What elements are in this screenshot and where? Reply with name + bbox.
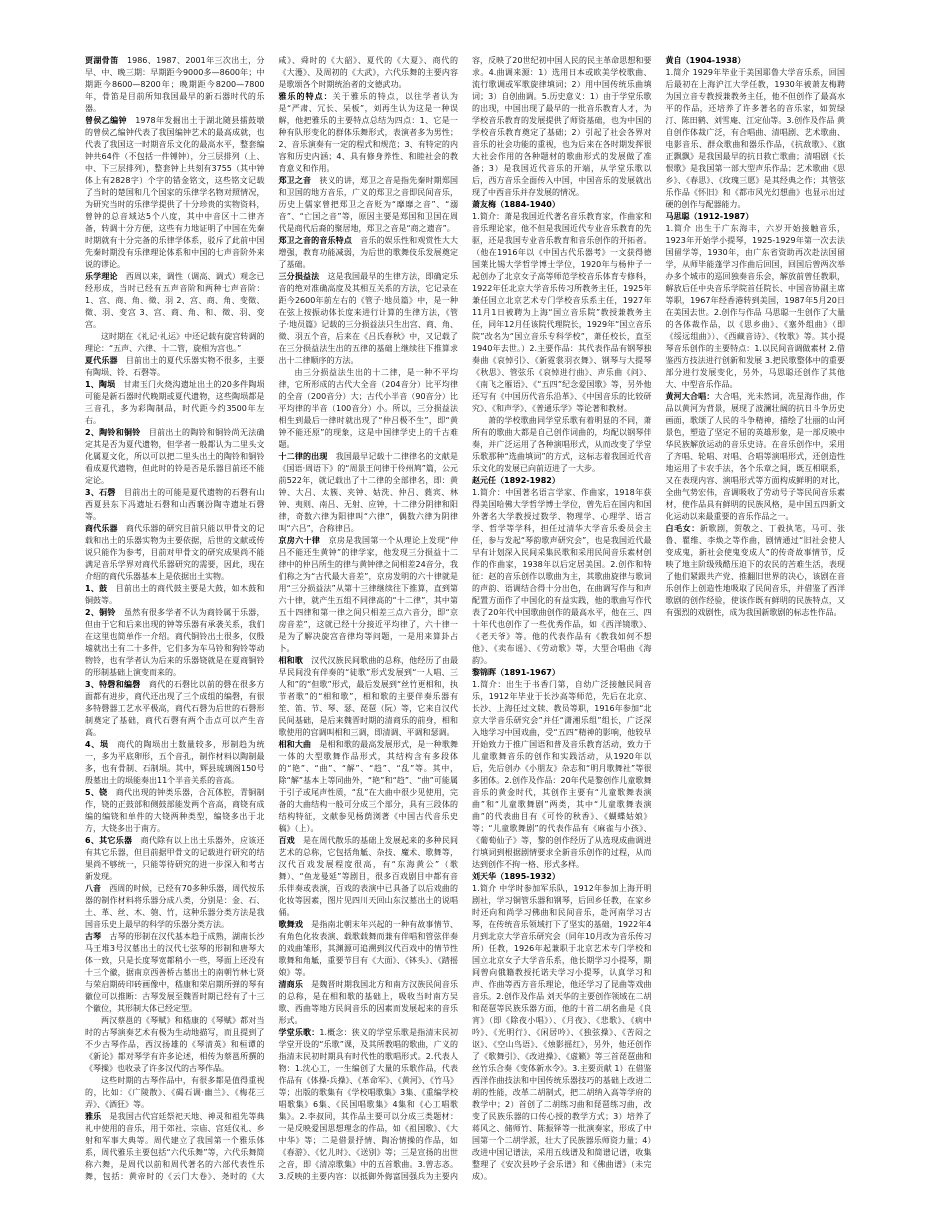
note-entry-term: 八音 xyxy=(85,884,101,893)
note-entry-term: 赵元任（1892-1982） xyxy=(472,475,652,487)
note-entry: 黄自（1904-1938）1.简介 1929年毕业于美国耶鲁大学音乐系，回国后最… xyxy=(666,55,846,211)
note-entry: 郑卫之音 狭义的讲，郑卫之音是指先秦时期郑国和卫国的地方音乐，广义的郑卫之音即民… xyxy=(279,175,459,235)
note-entry-term: 马思聪（1912-1987） xyxy=(666,211,846,223)
note-entry: 由三分损益法生出的十二律，是一种不平均律，它所形成的古代大全音（204音分）比平… xyxy=(279,367,459,451)
note-entry-term: 3、石磬 xyxy=(85,488,116,497)
note-entry-term: 萧友梅（1884-1940） xyxy=(472,199,652,211)
note-entry-term: 夏代乐器 xyxy=(85,356,118,365)
note-entry: 3、特磬和编磬 商代的石磬比以前的磬在很多方面都有进步，商代还出现了三个成组的编… xyxy=(85,679,265,739)
note-entry: 马思聪（1912-1987）1.简介 出生于广东海丰，六岁开始接触音乐，1923… xyxy=(666,211,846,391)
note-entry-term: 6、其它乐器 xyxy=(85,836,132,845)
note-entry-text: 1978年发掘出土于湖北随县擂鼓墩的曾侯乙编钟代表了我国编钟艺术的最高成就，也代… xyxy=(85,116,265,269)
note-entry-text: 两汉蔡邕的《琴赋》和嵇康的《琴赋》都对当时的古琴演奏艺术有极为生动地描写，而且提… xyxy=(85,1016,265,1073)
note-entry-text: 1.简介 1929年毕业于美国耶鲁大学音乐系，回国后最初在上海沪江大学任教，19… xyxy=(666,68,846,209)
study-notes-page: 贾湖骨笛 1986、1987、2001年三次出土，分早、中、晚三期：早期距今90… xyxy=(0,0,945,1223)
note-entry: 乐学理论 西周以来，调性（调高、调式）观念已经形成，当时已经有五声音阶和两种七声… xyxy=(85,271,265,331)
note-entry: 萧友梅（1884-1940）1.简介：萧是我国近代著名音乐教育家，作曲家和音乐理… xyxy=(472,199,652,415)
note-entry: 商代乐器 商代乐器的研究目前只能以甲骨文的记载和出土的乐器实物为主要依据，后世的… xyxy=(85,523,265,583)
note-entry-term: 雅乐的特点： xyxy=(279,92,333,101)
note-entry-term: 商代乐器 xyxy=(85,524,118,533)
note-entry: 2、铜铃 虽然有很多学者不认为商铃属于乐器，但由于它和后来出现的钟等乐器有承袭关… xyxy=(85,607,265,679)
note-entry-text: 汉代汉族民间歌曲的总称，他经历了由最早民间没有伴奏的“徒歌”形式发展到“一人唱、… xyxy=(279,656,459,737)
note-entry-term: 2、陶铃和铜铃 xyxy=(85,428,141,437)
note-entry-text: 是魏晋时期我国北方和南方汉族民间音乐的总称，是在相和歌的基础上，吸收当时南方吴歌… xyxy=(279,980,459,1025)
note-entry: 这些时期的古琴作品中，有很多都是值得重视的，比如：《广陵散》、《碣石调·幽兰》、… xyxy=(85,1075,265,1111)
note-entry-text: 是在周代散乐的基础上发展起来的多种民间艺术的总称，它包括角觝、杂技、魔术、歌舞等… xyxy=(279,836,459,917)
note-entry: 萧的学校歌曲同学堂乐歌有着明显的不同，萧所有的歌曲大都是自己创作词曲的，均配以钢… xyxy=(472,415,652,475)
note-entry: 十二律的出现 我国最早记载十二律律名的文献是《国语·周语下》的“周景王问律于伶州… xyxy=(279,451,459,535)
note-entry-text: 这时期在《礼记·礼运》中还记载有旋宫转调的理论：“五声、六律、十二管，旋相为宫也… xyxy=(85,332,265,353)
note-entry: 1、陶埙 甘肃玉门火烧沟遗址出土的20多件陶埙可能是新石器时代晚期或夏代遗物，这… xyxy=(85,379,265,427)
note-entry: 百戏 是在周代散乐的基础上发展起来的多种民间艺术的总称，它包括角觝、杂技、魔术、… xyxy=(279,835,459,919)
note-entry-term: 歌舞戏 xyxy=(279,920,304,929)
note-entry-term: 3、特磬和编磬 xyxy=(85,680,141,689)
note-entry: 4、埙 商代的陶埙出土数量较多，形制趋为统一，多为平底卵形，五个音孔，制作材料以… xyxy=(85,739,265,787)
note-entry-term: 百戏 xyxy=(279,836,295,845)
note-entry-term: 4、埙 xyxy=(85,740,109,749)
note-entry: 刘天华（1895-1932）1.简介 中学时参加军乐队，1912年参加上海开明剧… xyxy=(472,871,652,1183)
note-entry-text: 新歌剧，贺敬之、丁毅执笔，马可、张鲁、瞿维、李焕之等作曲，剧情通过“旧社会使人变… xyxy=(666,524,846,617)
note-entry: 赵元任（1892-1982）1.简介：中国著名语言学家、作曲家，1918年获得美… xyxy=(472,475,652,667)
note-entry-term: 2、铜铃 xyxy=(85,608,116,617)
note-entry-term: 曾侯乙编钟 xyxy=(85,116,127,125)
note-entry: 黄河大合唱：大合唱，光未然词，冼星海作曲，作品以黄河为背景，展现了波澜壮阔的抗日… xyxy=(666,391,846,523)
note-entry-term: 学堂乐歌： xyxy=(279,1028,320,1037)
notes-text-columns: 贾湖骨笛 1986、1987、2001年三次出土，分早、中、晚三期：早期距今90… xyxy=(85,55,845,1183)
note-entry: 两汉蔡邕的《琴赋》和嵇康的《琴赋》都对当时的古琴演奏艺术有极为生动地描写，而且提… xyxy=(85,1015,265,1075)
note-entry-text: 是指南北朝末年兴起的一种有故事情节、有角色化妆表演、载歌载舞而兼有伴唱和管弦伴奏… xyxy=(279,920,459,977)
note-entry-text: 虽然有很多学者不认为商铃属于乐器，但由于它和后来出现的钟等乐器有承袭关系，我们在… xyxy=(85,608,265,677)
note-entry-term: 雅乐 xyxy=(85,1112,101,1121)
note-entry-term: 相和歌 xyxy=(279,656,304,665)
note-entry-term: 三分损益法 xyxy=(279,272,320,281)
note-entry-term: 相和大曲 xyxy=(279,740,312,749)
note-entry: 雅乐的特点：关于雅乐的特点，以往学者认为是“严肃、冗长、呆板”，刘再生认为这是一… xyxy=(279,91,459,175)
note-entry-term: 黎锦晖（1891-1967） xyxy=(472,667,652,679)
note-entry-term: 刘天华（1895-1932） xyxy=(472,871,652,883)
note-entry-text: 1.简介：出生于书香门第，自幼广泛接触民间音乐，1912年毕业于长沙高等师范，先… xyxy=(472,680,652,869)
note-entry-text: 是相和歌的最高发展形式，是一种歌舞一体的大型歌舞作品形式，其结构含有多段体的“艳… xyxy=(279,740,459,833)
note-entry: 黎锦晖（1891-1967）1.简介：出生于书香门第，自幼广泛接触民间音乐，19… xyxy=(472,667,652,871)
note-entry-text: 古琴的形制在汉代基本趋于成熟，湖南长沙马王堆3号汉墓出土的汉代七弦琴的形制和唐琴… xyxy=(85,932,265,1013)
note-entry: 曾侯乙编钟 1978年发掘出土于湖北随县擂鼓墩的曾侯乙编钟代表了我国编钟艺术的最… xyxy=(85,115,265,271)
note-entry: 3、石磬 目前出土的可能是夏代遗物的石磬有山西夏县东下冯遗址石磬和山西襄汾陶寺遗… xyxy=(85,487,265,523)
note-entry-text: 京房是我国第一个从理论上发现“仲吕不能还生黄钟”的律学家，他发现三分损益十二律中… xyxy=(279,536,459,653)
note-entry-text: 1.简介 中学时参加军乐队，1912年参加上海开明剧社，学习铜管乐器和钢琴，后回… xyxy=(472,884,652,1181)
note-entry: 贾湖骨笛 1986、1987、2001年三次出土，分早、中、晚三期：早期距今90… xyxy=(85,55,265,115)
note-entry-text: 由三分损益法生出的十二律，是一种不平均律，它所形成的古代大全音（204音分）比平… xyxy=(279,368,459,449)
note-entry-text: 西周的时候，已经有70多种乐器，周代按乐器的制作材料将乐器分成八类，分别是：金、… xyxy=(85,884,265,929)
note-entry-term: 1、陶埙 xyxy=(85,380,115,389)
note-entry-text: 商代的陶埙出土数量较多，形制趋为统一，多为平底卵形，五个音孔，制作材料以陶制最多… xyxy=(85,740,265,785)
note-entry-text: 1.简介：中国著名语言学家、作曲家，1918年获得美国哈佛大学哲学博士学位，曾先… xyxy=(472,488,652,665)
note-entry-term: 白毛女： xyxy=(666,524,700,533)
note-entry-text: 目前出土的商代鼓主要是大鼓，如木鼓和铜鼓等。 xyxy=(85,584,265,605)
note-entry: 1、鼓 目前出土的商代鼓主要是大鼓，如木鼓和铜鼓等。 xyxy=(85,583,265,607)
note-entry-term: 黄自（1904-1938） xyxy=(666,55,846,67)
note-entry-text: 1.简介：萧是我国近代著名音乐教育家，作曲家和音乐理论家，他不但是我国近代专业音… xyxy=(472,212,652,413)
note-entry-text: 我国最早记载十二律律名的文献是《国语·周语下》的“周景王问律于伶州鸠”篇，公元前… xyxy=(279,452,459,533)
note-entry: 白毛女：新歌剧，贺敬之、丁毅执笔，马可、张鲁、瞿维、李焕之等作曲，剧情通过“旧社… xyxy=(666,523,846,619)
note-entry: 八音 西周的时候，已经有70多种乐器，周代按乐器的制作材料将乐器分成八类，分别是… xyxy=(85,883,265,931)
note-entry: 京房六十律 京房是我国第一个从理论上发现“仲吕不能还生黄钟”的律学家，他发现三分… xyxy=(279,535,459,655)
note-entry: 古琴 古琴的形制在汉代基本趋于成熟，湖南长沙马王堆3号汉墓出土的汉代七弦琴的形制… xyxy=(85,931,265,1015)
note-entry: 三分损益法 这是我国最早的生律方法，即确定乐音的绝对准确高度及其相互关系的方法，… xyxy=(279,271,459,367)
note-entry: 这时期在《礼记·礼运》中还记载有旋宫转调的理论：“五声、六律、十二管，旋相为宫也… xyxy=(85,331,265,355)
note-entry-text: 这是我国最早的生律方法，即确定乐音的绝对准确高度及其相互关系的方法，它记录在距今… xyxy=(279,272,459,365)
note-entry-term: 十二律的出现 xyxy=(279,452,328,461)
note-entry-term: 古琴 xyxy=(85,932,101,941)
note-entry-term: 5、铙 xyxy=(85,788,107,797)
note-entry-term: 黄河大合唱： xyxy=(666,392,715,401)
note-entry-term: 郑卫之音 xyxy=(279,176,312,185)
note-entry-text: 萧的学校歌曲同学堂乐歌有着明显的不同，萧所有的歌曲大都是自己创作词曲的，均配以钢… xyxy=(472,416,652,473)
note-entry: 相和歌 汉代汉族民间歌曲的总称，他经历了由最早民间没有伴奏的“徒歌”形式发展到“… xyxy=(279,655,459,739)
note-entry-term: 1、鼓 xyxy=(85,584,107,593)
note-entry: 歌舞戏 是指南北朝末年兴起的一种有故事情节、有角色化妆表演、载歌载舞而兼有伴唱和… xyxy=(279,919,459,979)
note-entry-term: 清商乐 xyxy=(279,980,304,989)
note-entry-term: 乐学理论 xyxy=(85,272,118,281)
note-entry-text: 关于雅乐的特点，以往学者认为是“严肃、冗长、呆板”，刘再生认为这是一种误解，他把… xyxy=(279,92,459,173)
note-entry-text: 商代出现的钟类乐器，合瓦体腔，青铜制作，铙的正鼓部和侧鼓部能发两个音高，商铙有成… xyxy=(85,788,265,833)
note-entry: 相和大曲 是相和歌的最高发展形式，是一种歌舞一体的大型歌舞作品形式，其结构含有多… xyxy=(279,739,459,835)
note-entry-term: 贾湖骨笛 xyxy=(85,56,119,65)
note-entry-text: 1.简介 出生于广东海丰，六岁开始接触音乐，1923年开始学小提琴，1925-1… xyxy=(666,224,846,389)
note-entry-term: 郑卫之音的音乐特点 xyxy=(279,236,353,245)
note-entry-text: 这些时期的古琴作品中，有很多都是值得重视的，比如：《广陵散》、《碣石调·幽兰》、… xyxy=(85,1076,265,1109)
note-entry: 2、陶铃和铜铃 目前出土的陶铃和铜铃尚无法确定其是否为夏代遗物，但学者一般都认为… xyxy=(85,427,265,487)
note-entry: 6、其它乐器 商代除有以上出土乐器外，应该还有其它乐器，但目前据甲骨文的记载进行… xyxy=(85,835,265,883)
note-entry: 郑卫之音的音乐特点 音乐的娱乐性和观赏性大大增强，教育功能减弱，为后世的歌舞伎乐… xyxy=(279,235,459,271)
note-entry: 清商乐 是魏晋时期我国北方和南方汉族民间音乐的总称，是在相和歌的基础上，吸收当时… xyxy=(279,979,459,1027)
note-entry-text: 大合唱，光未然词，冼星海作曲，作品以黄河为背景，展现了波澜壮阔的抗日斗争历史画面… xyxy=(666,392,846,521)
note-entry: 夏代乐器 目前出土的夏代乐器实物不很多，主要有陶埙、铃、石磬等。 xyxy=(85,355,265,379)
note-entry: 5、铙 商代出现的钟类乐器，合瓦体腔，青铜制作，铙的正鼓部和侧鼓部能发两个音高，… xyxy=(85,787,265,835)
note-entry-term: 京房六十律 xyxy=(279,536,321,545)
